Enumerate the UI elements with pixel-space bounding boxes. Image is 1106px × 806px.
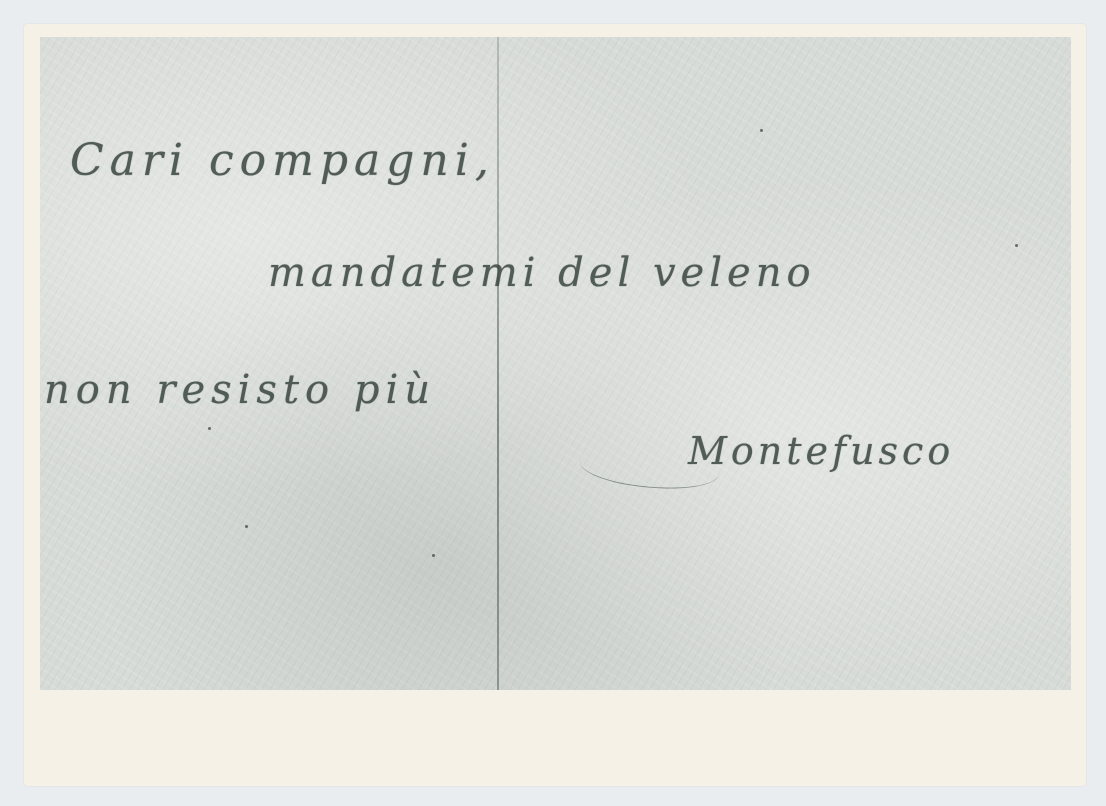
handwritten-signature: Montefusco	[688, 429, 954, 473]
ink-speck	[208, 427, 211, 430]
vertical-fold-line	[497, 37, 499, 690]
handwritten-line-statement: non resisto più	[44, 367, 436, 413]
handwritten-greeting: Cari compagni,	[70, 135, 495, 186]
photo-print-card: Cari compagni, mandatemi del veleno non …	[24, 24, 1086, 786]
handwritten-line-request: mandatemi del veleno	[268, 250, 816, 296]
ink-speck	[432, 554, 435, 557]
ink-speck	[245, 525, 248, 528]
ink-speck	[1015, 244, 1018, 247]
note-photograph: Cari compagni, mandatemi del veleno non …	[40, 37, 1071, 690]
ink-speck	[760, 129, 763, 132]
